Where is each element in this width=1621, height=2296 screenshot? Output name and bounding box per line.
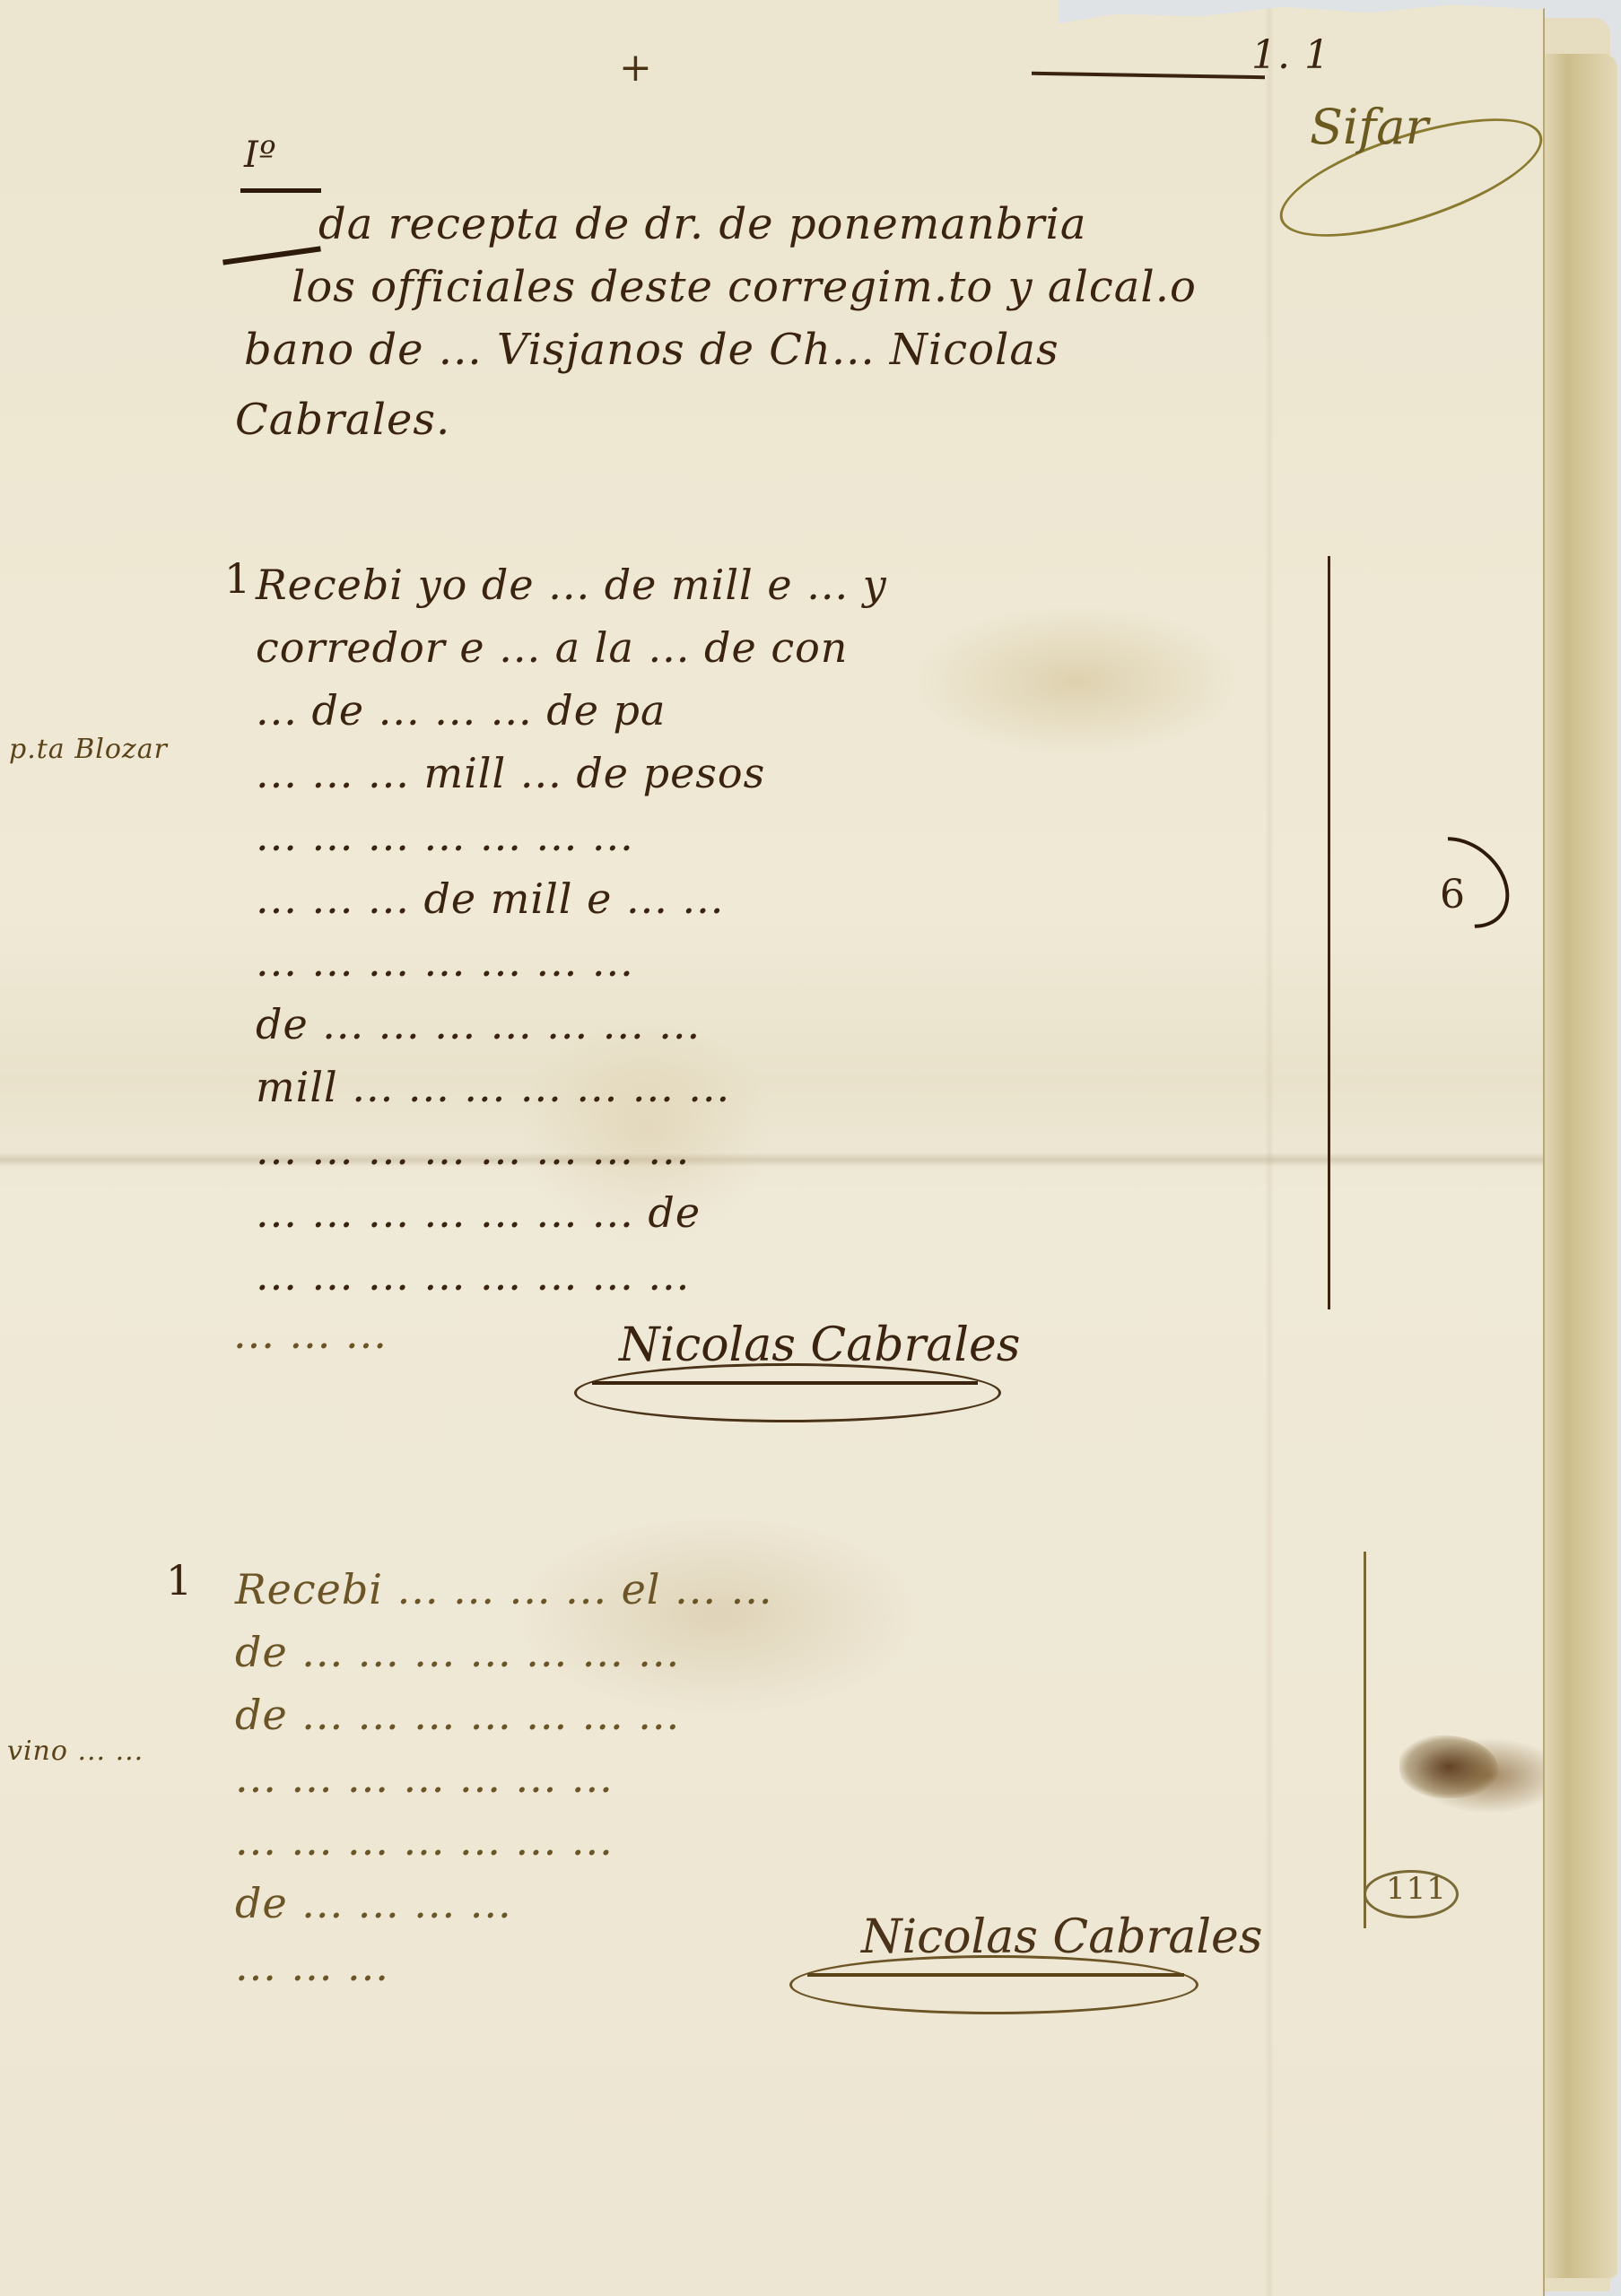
entry-2-bracket bbox=[1337, 1552, 1366, 1928]
entry-1-line-9: mill ... ... ... ... ... ... ... bbox=[256, 1063, 730, 1111]
top-rule bbox=[1032, 72, 1265, 80]
entry-2-line-5: ... ... ... ... ... ... ... bbox=[235, 1816, 614, 1865]
entry-1-line-13: ... ... ... bbox=[233, 1309, 388, 1358]
entry-1-number: 6 bbox=[1440, 872, 1466, 918]
entry-1-bracket bbox=[1292, 556, 1330, 1309]
manuscript-page: + 1. 1 Sifar Iº da recepta de dr. de pon… bbox=[0, 0, 1545, 2296]
entry-1-line-2: corredor e ... a la ... de con bbox=[256, 623, 848, 672]
heading-initial: Iº bbox=[244, 135, 277, 176]
entry-1-line-10: ... ... ... ... ... ... ... ... bbox=[256, 1126, 690, 1174]
heading-line-3: bano de ... Visjanos de Ch... Nicolas bbox=[244, 325, 1059, 375]
entry-2-line-1: Recebi ... ... ... ... el ... ... bbox=[235, 1565, 773, 1613]
entry-2-signature-underline bbox=[807, 1973, 1184, 1977]
heading-line-1: da recepta de dr. de ponemanbria bbox=[318, 199, 1086, 249]
entry-1-line-1: Recebi yo de ... de mill e ... y bbox=[256, 561, 887, 609]
entry-2-line-6: de ... ... ... ... bbox=[235, 1879, 512, 1927]
entry-1-line-5: ... ... ... ... ... ... ... bbox=[256, 812, 634, 860]
entry-2-signature: Nicolas Cabrales bbox=[861, 1910, 1262, 1964]
entry-1-line-11: ... ... ... ... ... ... ... de bbox=[256, 1188, 701, 1237]
entry-1-signature-underline bbox=[592, 1381, 978, 1385]
entry-2-margin-note: vino ... ... bbox=[7, 1735, 144, 1767]
entry-2-line-2: de ... ... ... ... ... ... ... bbox=[235, 1628, 680, 1676]
ink-blot bbox=[1399, 1735, 1498, 1798]
entry-1-line-4: ... ... ... mill ... de pesos bbox=[256, 749, 765, 797]
entry-1-line-6: ... ... ... de mill e ... ... bbox=[256, 874, 724, 923]
entry-1-lead-mark: 1 bbox=[224, 554, 251, 603]
entry-1-line-7: ... ... ... ... ... ... ... bbox=[256, 937, 634, 986]
entry-1-line-3: ... de ... ... ... de pa bbox=[256, 686, 666, 735]
heading-initial-bar bbox=[240, 188, 321, 193]
entry-2-line-4: ... ... ... ... ... ... ... bbox=[235, 1753, 614, 1802]
heading-line-2: los officiales deste corregim.to y alcal… bbox=[292, 262, 1197, 312]
entry-1-line-8: de ... ... ... ... ... ... ... bbox=[256, 1000, 701, 1048]
entry-1-line-12: ... ... ... ... ... ... ... ... bbox=[256, 1251, 690, 1300]
entry-2-line-3: de ... ... ... ... ... ... ... bbox=[235, 1691, 680, 1739]
entry-2-number: 111 bbox=[1386, 1871, 1447, 1907]
cross-mark: + bbox=[619, 45, 653, 91]
entry-1-signature: Nicolas Cabrales bbox=[619, 1318, 1020, 1372]
vertical-fold bbox=[1265, 0, 1274, 2296]
folio-number: 1. 1 bbox=[1251, 32, 1330, 78]
entry-1-margin-note: p.ta Blozar bbox=[9, 734, 168, 765]
corner-signature: Sifar bbox=[1310, 99, 1428, 155]
heading-line-4: Cabrales. bbox=[235, 395, 450, 445]
entry-2-lead-mark: 1 bbox=[166, 1556, 193, 1605]
entry-2-line-7: ... ... ... bbox=[235, 1942, 389, 1990]
